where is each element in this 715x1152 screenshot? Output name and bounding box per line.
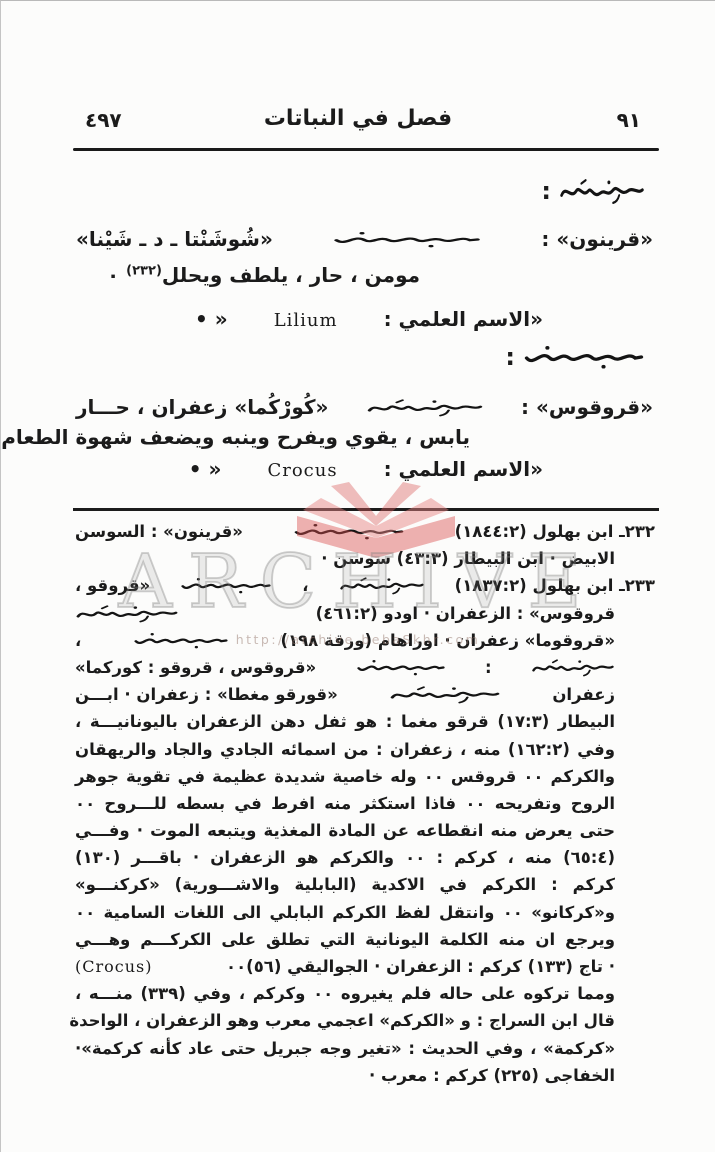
footnote-line: قال ابن السراج : و «الكركم» اعجمي معرب و…: [75, 1007, 655, 1034]
heading-colon: :: [505, 343, 515, 371]
entry-text: يابس ، يقوي ويفرح وينبه ويضعف شهوة الطعا…: [1, 425, 470, 449]
footnote-line: ويرجع ان منه الكلمة اليونانية التي تطلق …: [75, 926, 655, 953]
footnote-line: ومما تركوه على حاله فلم يغيروه ٠٠ وكركم …: [75, 980, 655, 1007]
footnote-latin-text: (Crocus): [75, 953, 152, 980]
footnote-line: الروح وتفريحه ٠٠ فاذا استكثر منه افرط في…: [75, 790, 655, 817]
footnote-line: حتى يعرض منه انقطاعه عن المادة المغذية و…: [75, 817, 655, 844]
syriac-word: [293, 522, 405, 541]
entry-line: مومن ، حار ، يلطف ويحلل(٢٣٢) ٠: [107, 263, 420, 287]
footnote-text: «قروقو ،: [75, 572, 150, 599]
footnote-line: ٢٣٣ـ ابن بهلول (١٨٣٧:٢) ، «قروقو ،: [75, 572, 655, 599]
footnote-line: · تاج (١٣٣) كركم : الزعفران · الجواليقي …: [75, 953, 655, 980]
footnote-line: وفي (١٦٢:٢) منه ، زعفران : من اسمائه الج…: [75, 736, 655, 763]
entry-text: ٠: [107, 263, 119, 287]
footnote-text: «قرينون» : السوسن: [75, 518, 243, 545]
page-number-right: ٩١: [617, 108, 641, 132]
footnote-text: ٢٣٣ـ ابن بهلول (١٨٣٧:٢): [455, 572, 655, 599]
scientific-name-row: «الاسم العلمي : Lilium « •: [195, 307, 543, 331]
syriac-word: [339, 576, 425, 595]
header-rule: [73, 148, 659, 151]
syriac-word: [133, 631, 229, 650]
scientific-name-label: «الاسم العلمي :: [384, 457, 543, 481]
entry-text: «قرينون» :: [541, 227, 653, 251]
scientific-name-latin: Crocus: [267, 460, 337, 481]
page-number-left: ٤٩٧: [85, 108, 122, 132]
syriac-word: [523, 343, 645, 371]
scientific-name-latin: Lilium: [274, 310, 338, 331]
footnote-line: كركم : الكركم في الاكدية (البابلية والاش…: [75, 871, 655, 898]
scientific-name-end: « •: [189, 457, 222, 481]
entry-line: «قروقوس» : «كُورْكُما» زعفران ، حـــار: [76, 389, 653, 425]
footnote-line: «قروقوما» زعفران · اوراهام (ورقة ١٩٨) ،: [75, 627, 655, 654]
footnote-line: و«كركانو» ٠٠ وانتقل لفظ الكركم البابلي ا…: [75, 899, 655, 926]
footnote-line: زعفران «قورقو مغطا» : زعفران · ابـــن: [75, 681, 655, 708]
scientific-name-end: « •: [195, 307, 228, 331]
footnote-ref: (٢٣٢): [126, 263, 162, 278]
book-page: ٤٩٧ فصل في النباتات ٩١ : «قرينون» : «شُو…: [0, 0, 715, 1152]
footnote-line: والكركم ٠٠ قروقس ٠٠ وله خاصية شديدة عظيم…: [75, 763, 655, 790]
syriac-word: [366, 398, 484, 417]
scientific-name-label: «الاسم العلمي :: [384, 307, 543, 331]
entry-crocus-heading: :: [505, 343, 645, 371]
footnote-text: · تاج (١٣٣) كركم : الزعفران · الجواليقي …: [226, 953, 615, 980]
footnote-line: البيطار (١٧:٣) قرقو مغما : هو ثفل دهن ال…: [75, 708, 655, 735]
footnote-line: «كركمة» ، وفي الحديث : «تغير وجه جبريل ح…: [75, 1035, 655, 1062]
footnote-text: «قروقوما» زعفران · اوراهام (ورقة ١٩٨): [280, 627, 615, 654]
entry-text: مومن ، حار ، يلطف ويحلل: [162, 263, 420, 287]
page-title: فصل في النباتات: [264, 106, 452, 131]
footnote-text: ٢٣٢ـ ابن بهلول (١٨٤٤:٢): [455, 518, 655, 545]
syriac-word: [531, 658, 615, 677]
footnote-text: «قروقوس ، قروقو : كوركما»: [75, 654, 316, 681]
footnote-text: ،: [302, 572, 308, 599]
syriac-word: [75, 604, 179, 623]
syriac-word: [559, 177, 645, 205]
footnote-text: ،: [75, 627, 81, 654]
footnote-line: : «قروقوس ، قروقو : كوركما»: [75, 654, 655, 681]
entry-text: «شُوشَنْتا ـ د ـ شَيْنا»: [76, 227, 273, 251]
entry-text: «كُورْكُما» زعفران ، حـــار: [76, 395, 328, 419]
footnote-line: ٢٣٢ـ ابن بهلول (١٨٤٤:٢) «قرينون» : السوس…: [75, 518, 655, 545]
heading-colon: :: [541, 177, 551, 205]
syriac-word: [180, 576, 272, 595]
footnote-line: الابيض · ابن البيطار (٤٣:٣) سوسن ·: [75, 545, 655, 572]
entry-line: «قرينون» : «شُوشَنْتا ـ د ـ شَيْنا»: [76, 221, 653, 257]
footnote-line: قروقوس» : الزعفران · اودو (٤٦١:٢): [75, 600, 655, 627]
footnote-line: (٦٥:٤) منه ، كركم : ٠٠ والكركم هو الزعفر…: [75, 844, 655, 871]
syriac-word: [356, 658, 446, 677]
footnote-text: زعفران: [552, 681, 615, 708]
footnote-line: الخفاجى (٢٢٥) كركم : معرب ·: [75, 1062, 655, 1089]
syriac-word: [389, 685, 501, 704]
footnote-text: قروقوس» : الزعفران · اودو (٤٦١:٢): [316, 600, 615, 627]
footnotes-block: ٢٣٢ـ ابن بهلول (١٨٤٤:٢) «قرينون» : السوس…: [75, 518, 655, 1089]
footnote-text: «قورقو مغطا» : زعفران · ابـــن: [75, 681, 338, 708]
entry-text: «قروقوس» :: [521, 395, 653, 419]
entry-lilium-heading: :: [541, 177, 645, 205]
footnote-text: :: [485, 654, 492, 681]
syriac-word: [332, 230, 482, 249]
entry-line: يابس ، يقوي ويفرح وينبه ويضعف شهوة الطعا…: [0, 425, 470, 449]
scientific-name-row: «الاسم العلمي : Crocus « •: [189, 457, 543, 481]
footnote-separator: [73, 508, 659, 511]
